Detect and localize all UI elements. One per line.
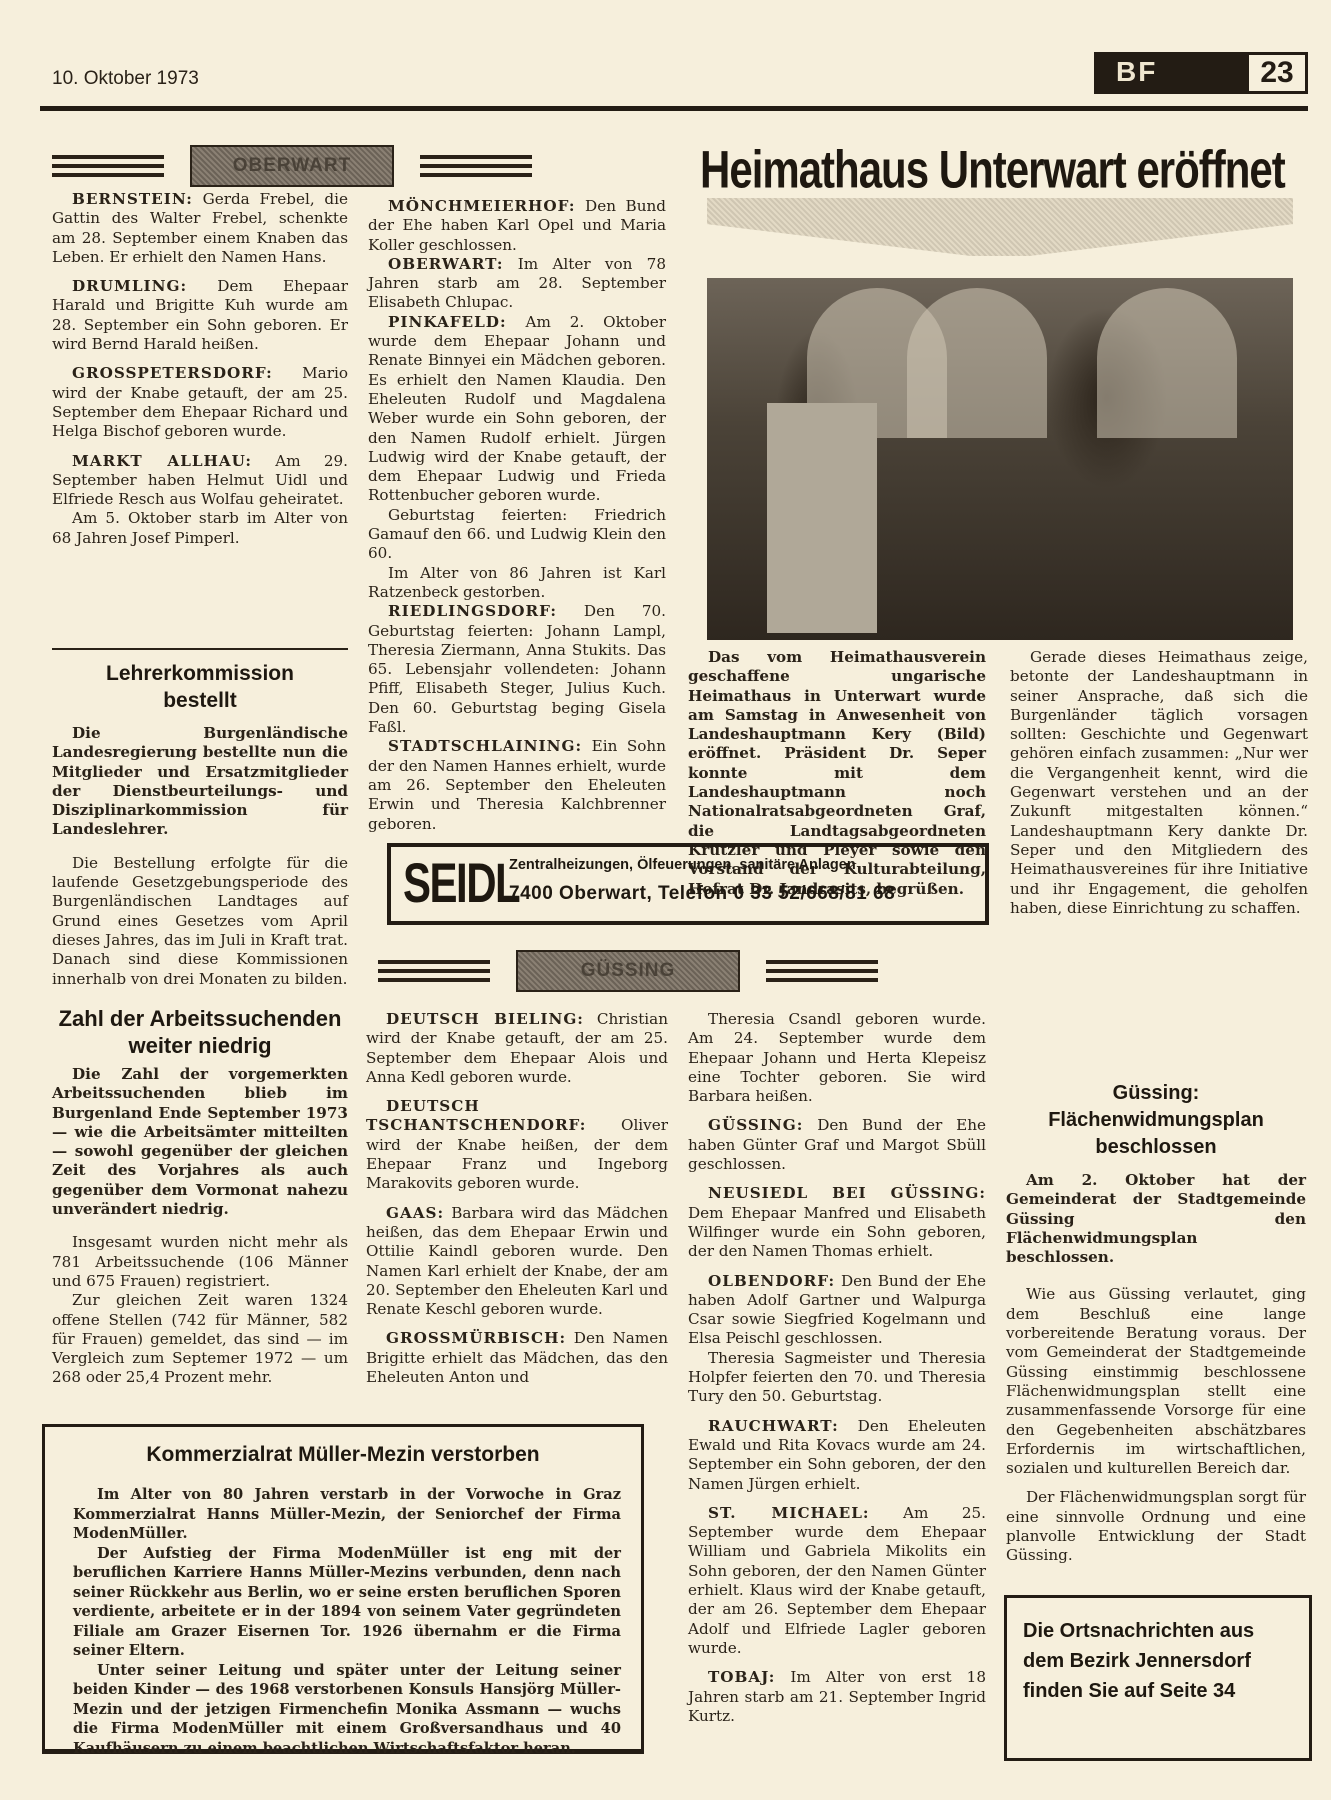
- flaechen-para-1: Wie aus Güssing verlautet, ging dem Besc…: [1006, 1285, 1306, 1478]
- heimathaus-headline: Heimathaus Unterwart eröffnet: [700, 140, 1310, 200]
- place-name: STADTSCHLAINING:: [388, 737, 582, 755]
- news-item: TOBAJ: Im Alter von erst 18 Jahren starb…: [688, 1668, 986, 1726]
- headline-shading: [707, 198, 1293, 256]
- lehrer-article: Lehrerkommission bestellt Die Burgenländ…: [52, 660, 348, 989]
- place-name: RIEDLINGSDORF:: [388, 602, 557, 620]
- decorative-lines-icon: [766, 960, 878, 982]
- section-label-guessing: GÜSSING: [516, 950, 740, 992]
- lehrer-headline: Lehrerkommission bestellt: [52, 660, 348, 714]
- news-text: Am 5. Oktober starb im Alter von 68 Jahr…: [52, 509, 348, 546]
- place-name: DRUMLING:: [72, 277, 187, 295]
- guessing-column-2: Theresia Csandl geboren wurde. Am 24. Se…: [688, 1010, 986, 1726]
- news-item: OLBENDORF: Den Bund der Ehe haben Adolf …: [688, 1272, 986, 1349]
- lehrer-lead: Die Burgenländische Landesregierung best…: [52, 724, 348, 840]
- section-label-oberwart: OBERWART: [190, 145, 394, 187]
- article-divider: [52, 648, 348, 650]
- place-name: GROSSPETERSDORF:: [72, 364, 273, 382]
- news-text: Theresia Csandl geboren wurde. Am 24. Se…: [688, 1010, 986, 1105]
- place-name: RAUCHWART:: [708, 1417, 839, 1435]
- news-item: STADTSCHLAINING: Ein Sohn der den Namen …: [368, 737, 666, 833]
- seidl-advertisement: SEIDL Zentralheizungen, Ölfeuerungen, sa…: [387, 843, 989, 925]
- news-item: OBERWART: Im Alter von 78 Jahren starb a…: [368, 255, 666, 313]
- news-item: DRUMLING: Dem Ehepaar Harald und Brigitt…: [52, 277, 348, 354]
- news-item: GÜSSING: Den Bund der Ehe haben Günter G…: [688, 1116, 986, 1174]
- news-item: RIEDLINGSDORF: Den 70. Geburtstag feiert…: [368, 602, 666, 737]
- news-item: PINKAFELD: Am 2. Oktober wurde dem Ehepa…: [368, 313, 666, 506]
- news-item: DEUTSCH TSCHANTSCHENDORF: Oliver wird de…: [366, 1097, 668, 1193]
- flaechen-article: Güssing: Flächenwidmungsplan beschlossen…: [1006, 1080, 1306, 1566]
- heimathaus-body: Gerade dieses Heimathaus zeige, betonte …: [1010, 648, 1308, 918]
- ad-brand: SEIDL: [403, 851, 519, 915]
- place-name: PINKAFELD:: [388, 313, 507, 331]
- obituary-para-2: Der Aufstieg der Firma ModenMüller ist e…: [73, 1544, 621, 1661]
- news-item: NEUSIEDL BEI GÜSSING: Dem Ehepaar Manfre…: [688, 1184, 986, 1261]
- news-text: Am 25. September wurde dem Ehepaar Willi…: [688, 1504, 986, 1657]
- obituary-para-1: Im Alter von 80 Jahren verstarb in der V…: [73, 1485, 621, 1544]
- news-text: Am 2. Oktober wurde dem Ehepaar Johann u…: [368, 313, 666, 505]
- news-item: GROSSPETERSDORF: Mario wird der Knabe ge…: [52, 364, 348, 441]
- news-item: MARKT ALLHAU: Am 29. September haben Hel…: [52, 452, 348, 510]
- lehrer-body: Die Bestellung erfolgte für die laufende…: [52, 854, 348, 989]
- news-item: MÖNCHMEIERHOF: Den Bund der Ehe haben Ka…: [368, 197, 666, 255]
- news-text: Dem Ehepaar Manfred und Elisabeth Wilfin…: [688, 1204, 986, 1261]
- section-bar-oberwart: OBERWART: [52, 145, 532, 187]
- masthead: BF 23: [1094, 52, 1308, 94]
- obituary-headline: Kommerzialrat Müller-Mezin verstorben: [45, 1443, 641, 1467]
- place-name: ST. MICHAEL:: [708, 1504, 870, 1522]
- flaechen-headline: Güssing: Flächenwidmungsplan beschlossen: [1006, 1080, 1306, 1161]
- arbeit-para-1: Insgesamt wurden nicht mehr als 781 Arbe…: [52, 1233, 348, 1291]
- heimathaus-photo: [707, 278, 1293, 640]
- news-item: Geburtstag feierten: Friedrich Gamauf de…: [368, 506, 666, 564]
- news-item: RAUCHWART: Den Eheleuten Ewald und Rita …: [688, 1417, 986, 1494]
- place-name: DEUTSCH BIELING:: [386, 1010, 584, 1028]
- place-name: TOBAJ:: [708, 1668, 775, 1686]
- jennersdorf-notice-box: Die Ortsnachrichten aus dem Bezirk Jenne…: [1004, 1595, 1312, 1761]
- news-text: Den 70. Geburtstag feierten: Johann Lamp…: [368, 602, 666, 736]
- arbeit-headline: Zahl der Arbeitssuchenden weiter niedrig: [52, 1005, 348, 1059]
- obituary-box: Kommerzialrat Müller-Mezin verstorben Im…: [42, 1424, 644, 1754]
- place-name: GROSSMÜRBISCH:: [386, 1329, 566, 1347]
- decorative-lines-icon: [420, 155, 532, 177]
- page-number: 23: [1249, 55, 1305, 91]
- arbeit-article: Zahl der Arbeitssuchenden weiter niedrig…: [52, 1005, 348, 1388]
- place-name: NEUSIEDL BEI GÜSSING:: [708, 1184, 986, 1202]
- arbeit-para-2: Zur gleichen Zeit waren 1324 offene Stel…: [52, 1291, 348, 1387]
- ad-address-phone: 7400 Oberwart, Telefon 0 33 52/668/81 68: [509, 883, 895, 905]
- news-text: Geburtstag feierten: Friedrich Gamauf de…: [368, 506, 666, 563]
- oberwart-column-1: BERNSTEIN: Gerda Frebel, die Gattin des …: [52, 190, 348, 548]
- obituary-para-3: Unter seiner Leitung und später unter de…: [73, 1661, 621, 1759]
- arbeit-lead: Die Zahl der vorgemerkten Arbeitssuchend…: [52, 1065, 348, 1219]
- podium: [767, 403, 877, 633]
- place-name: GAAS:: [386, 1204, 444, 1222]
- news-item: GROSSMÜRBISCH: Den Namen Brigitte erhiel…: [366, 1329, 668, 1387]
- news-text: Im Alter von 86 Jahren ist Karl Ratzenbe…: [368, 564, 666, 601]
- place-name: BERNSTEIN:: [72, 190, 193, 208]
- place-name: DEUTSCH TSCHANTSCHENDORF:: [366, 1097, 586, 1134]
- news-item: Im Alter von 86 Jahren ist Karl Ratzenbe…: [368, 564, 666, 603]
- place-name: GÜSSING:: [708, 1116, 803, 1134]
- place-name: MÖNCHMEIERHOF:: [388, 197, 575, 215]
- news-item: Theresia Sagmeister und Theresia Holpfer…: [688, 1349, 986, 1407]
- place-name: OBERWART:: [388, 255, 504, 273]
- masthead-label: BF: [1116, 56, 1157, 88]
- header-rule: [40, 106, 1308, 111]
- oberwart-column-2: MÖNCHMEIERHOF: Den Bund der Ehe haben Ka…: [368, 197, 666, 834]
- news-item: BERNSTEIN: Gerda Frebel, die Gattin des …: [52, 190, 348, 267]
- jennersdorf-notice-text: Die Ortsnachrichten aus dem Bezirk Jenne…: [1023, 1616, 1293, 1706]
- section-bar-guessing: GÜSSING: [378, 950, 878, 992]
- news-item: Am 5. Oktober starb im Alter von 68 Jahr…: [52, 509, 348, 548]
- flaechen-lead: Am 2. Oktober hat der Gemeinderat der St…: [1006, 1171, 1306, 1267]
- news-item: DEUTSCH BIELING: Christian wird der Knab…: [366, 1010, 668, 1087]
- decorative-lines-icon: [52, 155, 164, 177]
- news-text: Theresia Sagmeister und Theresia Holpfer…: [688, 1349, 986, 1406]
- news-item: ST. MICHAEL: Am 25. September wurde dem …: [688, 1504, 986, 1658]
- place-name: MARKT ALLHAU:: [72, 452, 252, 470]
- news-item: Theresia Csandl geboren wurde. Am 24. Se…: [688, 1010, 986, 1106]
- flaechen-para-2: Der Flächenwidmungsplan sorgt für eine s…: [1006, 1488, 1306, 1565]
- ad-services: Zentralheizungen, Ölfeuerungen, sanitäre…: [509, 857, 856, 873]
- decorative-lines-icon: [378, 960, 490, 982]
- guessing-column-1: DEUTSCH BIELING: Christian wird der Knab…: [366, 1010, 668, 1387]
- place-name: OLBENDORF:: [708, 1272, 835, 1290]
- news-item: GAAS: Barbara wird das Mädchen heißen, d…: [366, 1204, 668, 1320]
- issue-date: 10. Oktober 1973: [52, 68, 199, 90]
